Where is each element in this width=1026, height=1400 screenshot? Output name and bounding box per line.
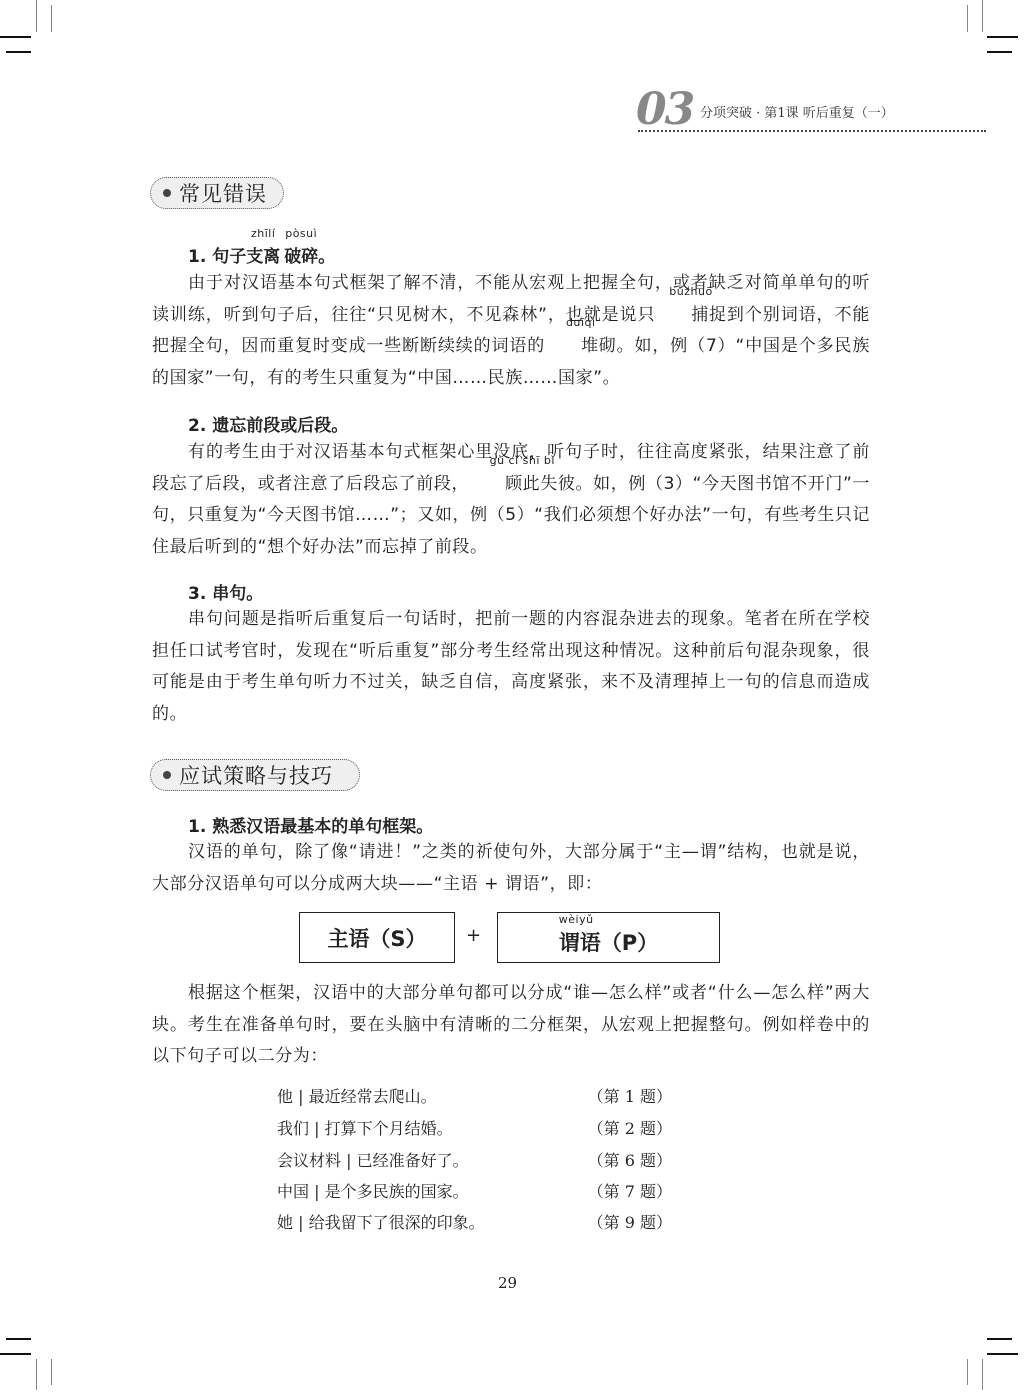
item-heading-3: 3. 串句。: [188, 579, 263, 604]
example-sentence: 中国 | 是个多民族的国家。: [277, 1179, 469, 1207]
example-row: 我们 | 打算下个月结婚。 （第 2 题）: [277, 1116, 672, 1144]
ruby-word: pòsuì破碎: [284, 242, 318, 267]
subject-box: 主语（S）: [299, 912, 455, 963]
predicate-label: 谓语（P）: [559, 931, 658, 955]
chapter-number: 03: [636, 84, 693, 135]
pinyin: wèiyǔ: [559, 914, 594, 926]
example-ref: （第 6 题）: [588, 1148, 672, 1176]
paragraph-sentence-mixing: 串句问题是指听后重复后一句话时，把前一题的内容混杂进去的现象。笔者在所在学校担任…: [152, 604, 870, 730]
ruby-word: bǔzhuō捕捉: [655, 300, 726, 332]
heading-text: 。: [318, 247, 335, 267]
example-sentence: 她 | 给我留下了很深的印象。: [277, 1210, 485, 1238]
example-ref: （第 7 题）: [588, 1179, 672, 1207]
paragraph-sentence-framework: 汉语的单句，除了像“请进！”之类的祈使句外，大部分属于“主—谓”结构，也就是说，…: [152, 837, 870, 900]
example-sentence: 会议材料 | 已经准备好了。: [277, 1148, 469, 1176]
example-sentence: 我们 | 打算下个月结婚。: [277, 1116, 453, 1144]
pinyin: gù cǐ shī bǐ: [469, 455, 575, 467]
example-ref: （第 9 题）: [588, 1210, 672, 1238]
section-title-strategies: 应试策略与技巧: [150, 759, 360, 791]
bullet-icon: [163, 189, 171, 197]
section-title-text: 常见错误: [179, 178, 267, 208]
example-row: 她 | 给我留下了很深的印象。 （第 9 题）: [277, 1210, 672, 1238]
ruby-word: duīqì堆砌: [545, 331, 616, 363]
heading-text: 1. 句子: [188, 247, 246, 267]
ruby-base: 支离: [246, 247, 280, 267]
bullet-icon: [163, 771, 171, 779]
ruby-word: gù cǐ shī bǐ顾此失彼: [469, 469, 575, 501]
section-title-text: 应试策略与技巧: [179, 760, 333, 790]
ruby-word: wèiyǔ 谓语（P）: [559, 927, 658, 957]
predicate-box: wèiyǔ 谓语（P）: [497, 912, 720, 963]
running-header: 03 分项突破 · 第1课 听后重复（一）: [636, 88, 986, 136]
example-row: 他 | 最近经常去爬山。 （第 1 题）: [277, 1084, 672, 1112]
pinyin: bǔzhuō: [655, 286, 726, 298]
example-ref: （第 1 题）: [588, 1084, 672, 1112]
pinyin: zhīlí: [246, 228, 280, 240]
section-title-common-errors: 常见错误: [150, 177, 284, 209]
ruby-base: 顾此失彼: [505, 474, 575, 494]
example-sentence: 他 | 最近经常去爬山。: [277, 1084, 437, 1112]
ruby-base: 堆砌: [581, 336, 616, 356]
page-number: 29: [498, 1274, 517, 1292]
item-heading-2: 2. 遗忘前段或后段。: [188, 411, 348, 436]
pinyin: pòsuì: [284, 228, 318, 240]
ruby-base: 捕捉: [691, 305, 726, 325]
paragraph-fragmented-sentence: 由于对汉语基本句式框架了解不清，不能从宏观上把握全句，或者缺乏对简单单句的听读训…: [152, 268, 870, 394]
paragraph-forget-segment: 有的考生由于对汉语基本句式框架心里没底，听句子时，往往高度紧张，结果注意了前段忘…: [152, 437, 870, 563]
chapter-title: 分项突破 · 第1课 听后重复（一）: [700, 102, 894, 121]
ruby-word: zhīlí支离: [246, 242, 280, 267]
example-row: 中国 | 是个多民族的国家。 （第 7 题）: [277, 1179, 672, 1207]
item-heading-strategy-1: 1. 熟悉汉语最基本的单句框架。: [188, 812, 433, 837]
pinyin: duīqì: [545, 317, 616, 329]
header-dotted-rule: [638, 130, 986, 132]
example-row: 会议材料 | 已经准备好了。 （第 6 题）: [277, 1148, 672, 1176]
paragraph-two-part-framework: 根据这个框架，汉语中的大部分单句都可以分成“谁—怎么样”或者“什么—怎么样”两大…: [152, 978, 870, 1073]
item-heading-1: 1. 句子zhīlí支离pòsuì破碎。: [188, 242, 335, 267]
plus-sign: +: [466, 925, 481, 946]
example-ref: （第 2 题）: [588, 1116, 672, 1144]
ruby-base: 破碎: [284, 247, 318, 267]
